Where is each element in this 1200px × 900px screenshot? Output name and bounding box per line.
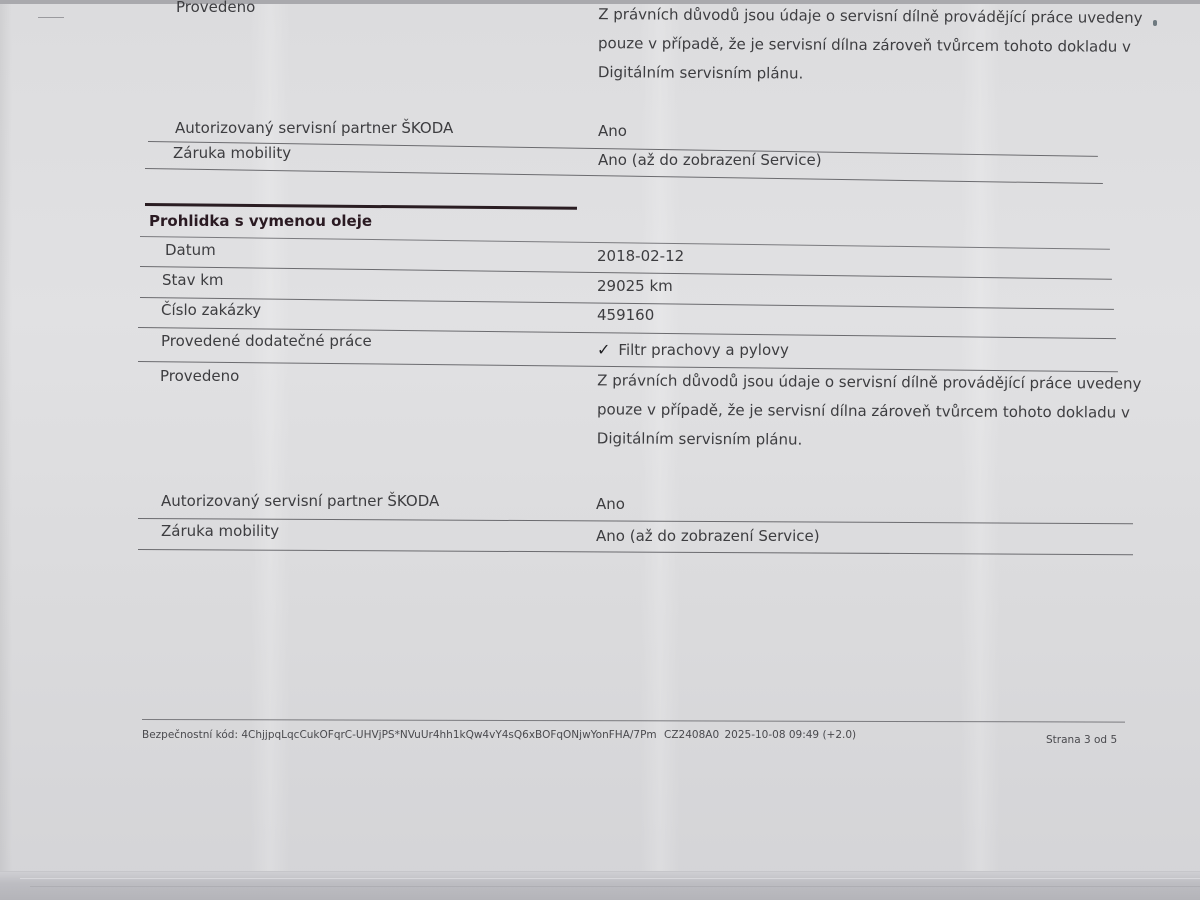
top-provedeno-line-3: Digitálním servisním plánu. xyxy=(598,58,1142,91)
top-provedeno-text: Z právních důvodů jsou údaje o servisní … xyxy=(598,14,1143,91)
value-dodatecne-prace-text: Filtr prachovy a pylovy xyxy=(618,341,788,359)
security-code-label: Bezpečnostní kód: xyxy=(142,729,238,741)
document-photo: Provedeno Z právních důvodů jsou údaje o… xyxy=(0,0,1200,900)
top-provedeno-line-1: Z právních důvodů jsou údaje o servisní … xyxy=(598,0,1142,33)
top-row-label-authorized: Autorizovaný servisní partner ŠKODA xyxy=(175,119,453,137)
value-authorized-partner: Ano xyxy=(596,495,625,513)
value-stav-km: 29025 km xyxy=(597,277,673,295)
margin-mark xyxy=(38,17,64,18)
label-zaruka-mobility: Záruka mobility xyxy=(161,522,279,540)
value-dodatecne-prace: ✓Filtr prachovy a pylovy xyxy=(597,340,789,359)
section-title: Prohlidka s vymenou oleje xyxy=(149,212,372,230)
label-dodatecne-prace: Provedené dodatečné práce xyxy=(161,332,372,350)
paper-stack-edge xyxy=(0,871,1200,900)
page-of-label: od xyxy=(1094,734,1107,746)
label-stav-km: Stav km xyxy=(162,271,224,289)
provedeno-line-1: Z právních důvodů jsou údaje o servisní … xyxy=(597,366,1141,398)
label-cislo-zakazky: Číslo zakázky xyxy=(161,301,261,319)
page-label: Strana xyxy=(1046,734,1081,746)
provedeno-text: Z právních důvodů jsou údaje o servisní … xyxy=(597,366,1142,456)
top-provedeno-line-2: pouze v případě, že je servisní dílna zá… xyxy=(598,29,1142,62)
value-zaruka-mobility: Ano (až do zobrazení Service) xyxy=(596,527,820,545)
security-code: 4ChjjpqLqcCukOFqrC-UHVjPS*NVuUr4hh1kQw4v… xyxy=(241,729,656,741)
footer-security: Bezpečnostní kód: 4ChjjpqLqcCukOFqrC-UHV… xyxy=(142,729,856,741)
value-cislo-zakazky: 459160 xyxy=(597,306,654,324)
top-row-value-authorized: Ano xyxy=(598,122,627,140)
page-total: 5 xyxy=(1110,734,1117,746)
provedeno-line-3: Digitálním servisním plánu. xyxy=(597,424,1141,456)
section-heading-bar xyxy=(145,203,577,210)
value-datum: 2018-02-12 xyxy=(597,247,684,265)
label-provedeno: Provedeno xyxy=(160,367,239,385)
page-number: Strana 3 od 5 xyxy=(1046,734,1117,746)
checkmark-icon: ✓ xyxy=(597,340,610,359)
label-authorized-partner: Autorizovaný servisní partner ŠKODA xyxy=(161,492,439,510)
top-provedeno-label: Provedeno xyxy=(176,0,255,16)
paper-speck xyxy=(1153,20,1157,26)
top-row-label-mobility: Záruka mobility xyxy=(173,144,291,162)
provedeno-line-2: pouze v případě, že je servisní dílna zá… xyxy=(597,395,1141,427)
label-datum: Datum xyxy=(165,241,216,259)
top-row-value-mobility: Ano (až do zobrazení Service) xyxy=(598,151,822,169)
dealer-code: CZ2408A0 xyxy=(664,729,719,741)
page-current: 3 xyxy=(1084,734,1091,746)
print-timestamp: 2025-10-08 09:49 (+2.0) xyxy=(724,729,856,741)
